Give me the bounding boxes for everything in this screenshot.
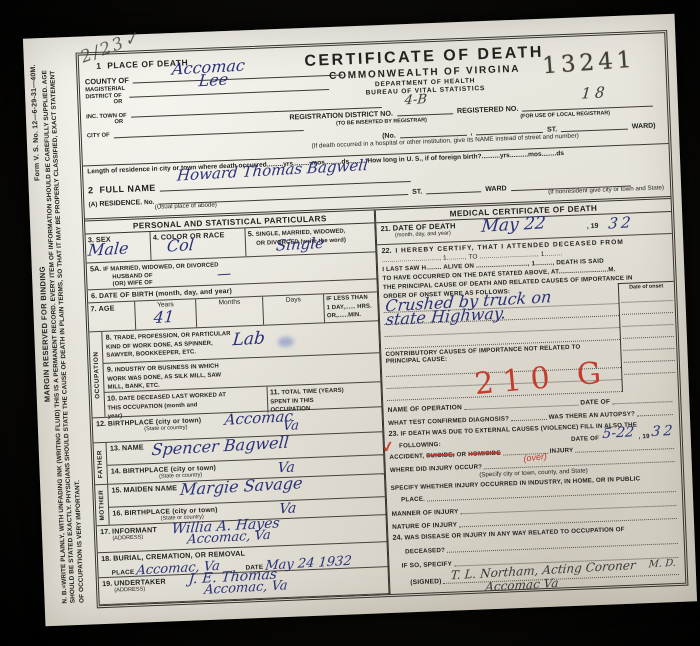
mother-bp-value: Va bbox=[279, 501, 298, 518]
district-value: Lee bbox=[198, 70, 229, 91]
occupation-group: OCCUPATION 8. TRADE, PROFESSION, OR PART… bbox=[89, 321, 381, 418]
lastwork-label-2: THIS OCCUPATION (month and bbox=[107, 402, 197, 411]
burial-no: 18. bbox=[101, 554, 111, 563]
over-note-red: (over) bbox=[523, 451, 547, 463]
trade-label-1: TRADE, PROFESSION, OR PARTICULAR bbox=[114, 331, 231, 341]
dob-no: 6. bbox=[91, 291, 97, 300]
industry-label-3: MILL, BANK, ETC. bbox=[107, 383, 160, 391]
city-label: CITY OF bbox=[87, 133, 110, 140]
county-label: COUNTY OF bbox=[85, 76, 129, 87]
injury-date-value: 5-22 bbox=[602, 424, 635, 442]
cause-area: ORDER OF ONSET WERE AS FOLLOWS: Crushed … bbox=[379, 281, 678, 401]
industry-no: 9. bbox=[107, 365, 113, 374]
mother-name-label: MAIDEN NAME bbox=[123, 483, 177, 494]
injury-year-value: 32 bbox=[651, 423, 676, 440]
undertaker-no: 19. bbox=[102, 579, 112, 588]
burial-place-label: PLACE bbox=[112, 569, 135, 577]
father-side-label: FATHER bbox=[96, 449, 104, 478]
father-name-no: 13. bbox=[110, 444, 120, 453]
test-line bbox=[511, 411, 547, 421]
dod-year-printed: , 19 bbox=[587, 223, 599, 230]
age-months-label: Months bbox=[218, 299, 240, 307]
certify-no: 22. bbox=[381, 246, 391, 255]
undertaker-addr-value: Accomac, Va bbox=[204, 578, 289, 598]
industry-label-2: WORK WAS DONE, AS SILK MILL, SAW bbox=[107, 372, 221, 382]
sex-value: Male bbox=[87, 239, 129, 260]
age-days-label: Days bbox=[286, 296, 301, 304]
injury-year-printed: , 19 bbox=[638, 433, 649, 440]
mother-side-label: MOTHER bbox=[98, 490, 106, 521]
lastwork-no: 10. bbox=[107, 394, 117, 403]
homicide-label-struck: HOMICIDE bbox=[468, 450, 501, 458]
residence-ward-label: WARD bbox=[485, 185, 507, 193]
father-bp-no: 14. bbox=[111, 466, 121, 475]
mother-name-no: 15. bbox=[111, 485, 121, 494]
residence-no-label: No. bbox=[144, 199, 155, 206]
form-header: 1 PLACE OF DEATH COUNTY OF Accomac MAGIS… bbox=[79, 33, 668, 165]
lastwork-label-1: DATE DECEASED LAST WORKED AT bbox=[119, 392, 226, 402]
residence-st-label: ST. bbox=[412, 189, 422, 196]
personal-particulars-column: PERSONAL AND STATISTICAL PARTICULARS 3. … bbox=[85, 211, 390, 607]
form-number: Form V. S. No. 12—6-29-31—40M. bbox=[30, 64, 41, 181]
trade-value: Lab bbox=[232, 329, 266, 351]
marital-no: 5. bbox=[248, 229, 254, 238]
marital-value: Single bbox=[275, 234, 325, 255]
photo-background: MARGIN RESERVED FOR BINDING Form V. S. N… bbox=[0, 0, 700, 646]
filed-label: FILED bbox=[115, 605, 137, 606]
reg-district-value: 4-B bbox=[404, 92, 428, 108]
occupation-side-label: OCCUPATION bbox=[93, 351, 102, 399]
spouse-value: — bbox=[217, 266, 232, 283]
mother-bp-no: 16. bbox=[112, 508, 122, 517]
informant-no: 17. bbox=[100, 527, 110, 536]
onset-line-7 bbox=[624, 361, 675, 375]
specify-line2: PLACE. bbox=[401, 496, 425, 504]
residence-st-line bbox=[426, 181, 481, 194]
age-less-1: IF LESS THAN bbox=[326, 295, 368, 303]
medical-certificate-column: MEDICAL CERTIFICATE OF DEATH 21. DATE OF… bbox=[375, 199, 686, 606]
place-no: 1 bbox=[96, 61, 102, 71]
totaltime-no: 11. bbox=[270, 387, 280, 396]
address-label: (ADDRESS) bbox=[415, 593, 454, 601]
address-line: Accomac Va bbox=[455, 581, 679, 599]
fullname-no: 2 bbox=[88, 185, 94, 195]
race-no: 4. bbox=[153, 233, 159, 242]
age-years-value: 41 bbox=[153, 307, 175, 327]
age-label: AGE bbox=[98, 304, 115, 314]
death-certificate-paper: MARGIN RESERVED FOR BINDING Form V. S. N… bbox=[23, 14, 697, 627]
signed-label: (SIGNED) bbox=[410, 578, 442, 586]
injury-date-label: DATE OF bbox=[571, 435, 599, 443]
age-no: 7. bbox=[90, 304, 96, 313]
abode-note: (Usual place of abode) bbox=[155, 202, 217, 211]
informant-addr-value: Accomac, Va bbox=[187, 528, 272, 548]
trade-label-2: KIND OF WORK DONE, AS SPINNER, bbox=[106, 340, 213, 350]
totaltime-label-1: TOTAL TIME (YEARS) bbox=[281, 388, 344, 396]
form-border: 1 PLACE OF DEATH COUNTY OF Accomac MAGIS… bbox=[76, 30, 689, 608]
registered-no-value: 18 bbox=[581, 83, 610, 103]
residence-a: (A) bbox=[88, 201, 97, 208]
related-no: 24. bbox=[392, 533, 402, 542]
or-label-23: OR bbox=[456, 451, 466, 458]
suicide-label-struck: SUICIDE, bbox=[426, 452, 455, 460]
address-value: Accomac Va bbox=[484, 576, 558, 594]
injury-label: INJURY bbox=[550, 447, 574, 455]
date-of-onset-box: Date of onset bbox=[618, 281, 678, 392]
birthplace-no: 12. bbox=[96, 419, 106, 428]
residence-label: RESIDENCE. bbox=[99, 199, 142, 208]
dod-value: May 22 bbox=[481, 213, 547, 237]
dod-no: 21. bbox=[381, 224, 391, 233]
ink-smudge bbox=[278, 337, 294, 348]
race-value: Col bbox=[166, 235, 195, 256]
certificate-number-stamp: 13241 bbox=[541, 47, 636, 80]
totaltime-label-2: SPENT IN THIS bbox=[270, 397, 314, 405]
trade-label-3: SAWYER, BOOKKEEPER, ETC. bbox=[106, 349, 196, 358]
reg-district-line: 4-B bbox=[397, 103, 453, 116]
father-name-label: NAME bbox=[122, 443, 144, 453]
form-columns: PERSONAL AND STATISTICAL PARTICULARS 3. … bbox=[85, 196, 686, 606]
age-less-3: OR,......MIN. bbox=[327, 312, 361, 319]
age-less-2: 1 DAY,...... HRS. bbox=[327, 303, 372, 311]
spouse-no: 5A. bbox=[90, 264, 102, 273]
autopsy-line bbox=[637, 406, 673, 416]
operation-date-label: DATE OF bbox=[580, 399, 610, 407]
dod-year-value: 32 bbox=[608, 213, 635, 232]
operation-date-line bbox=[612, 393, 672, 404]
trade-no: 8. bbox=[105, 333, 111, 342]
signed-suffix: M. D. bbox=[648, 558, 676, 571]
